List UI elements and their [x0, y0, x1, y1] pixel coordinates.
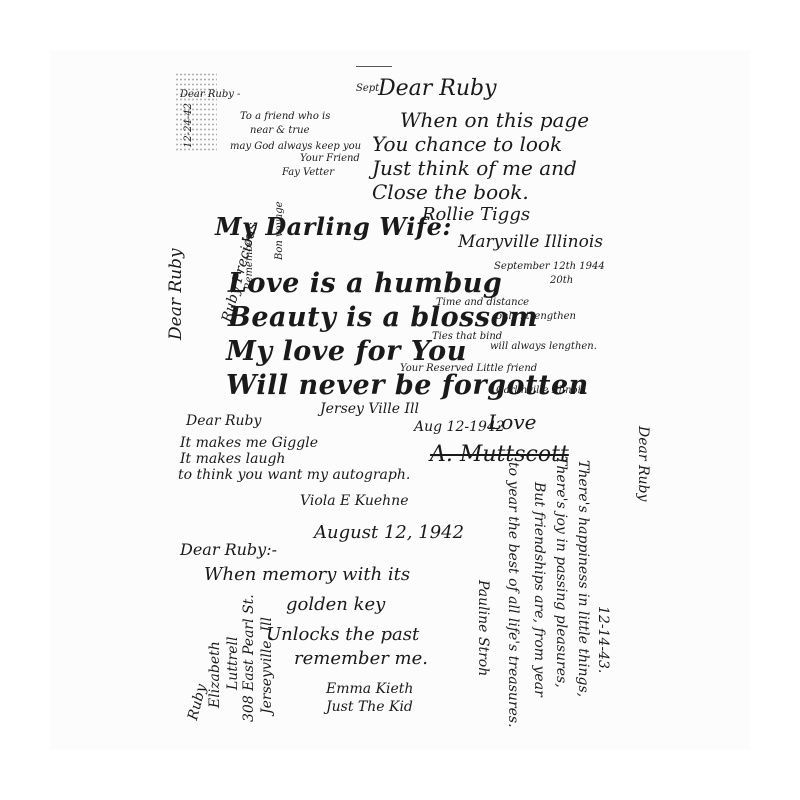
vertical-right-line: There's happiness in little things, [576, 460, 590, 697]
wife-line: My love for You [226, 338, 467, 365]
topleft-signature: Fay Vetter [282, 168, 334, 178]
address-line: Ruby [186, 683, 209, 722]
giggle-greeting: Dear Ruby [186, 414, 261, 428]
vertical-left-greeting: Dear Ruby [168, 248, 185, 340]
wife-greeting: My Darling Wife: [215, 215, 452, 239]
poem1-greeting: Dear Ruby [378, 78, 497, 100]
memory-line: When memory with its [204, 566, 410, 584]
topleft-greeting: Dear Ruby - [180, 90, 240, 100]
giggle-line: It makes me Giggle [180, 436, 318, 450]
memory-line: golden key [286, 596, 385, 614]
jersey-signature: A. Muttscott [430, 444, 569, 466]
maryville-date: September 12th 1944 [494, 262, 605, 272]
vertical-right-date: 12-14-43. [596, 606, 610, 673]
memory-greeting: Dear Ruby:- [180, 542, 277, 558]
maryville-place: Maryville Illinois [458, 234, 603, 251]
wife-signature: Rollie Tiggs [422, 206, 530, 224]
topleft-line: may God always keep you [230, 142, 361, 152]
jersey-signoff: Love [488, 412, 536, 432]
maryville-signature-line: Carlinville Illinois [496, 386, 586, 396]
vertical-right-line: to year the best of all life's treasures… [506, 462, 520, 728]
address-line: Elizabeth [208, 641, 222, 708]
giggle-line: It makes laugh [180, 452, 285, 466]
vertical-right-line: There's joy in passing pleasures, [554, 456, 568, 688]
memory-line: remember me. [294, 650, 428, 668]
giggle-signature: Viola E Kuehne [300, 494, 409, 508]
topleft-date: 12-24-42 [184, 103, 194, 148]
maryville-signoff: Your Reserved Little friend [400, 364, 537, 374]
wife-line: Beauty is a blossom [228, 304, 538, 331]
maryville-line: will always lengthen. [490, 342, 597, 352]
maryville-line: only strengthen [496, 312, 576, 322]
address-line: 308 East Pearl St. [242, 594, 256, 722]
address-line: Luttrell [226, 637, 240, 691]
autograph-page: Sept Dear Ruby When on this page You cha… [50, 50, 750, 750]
giggle-line: to think you want my autograph. [178, 468, 410, 482]
poem1-line: You chance to look [372, 134, 562, 154]
memory-signature: Emma Kieth [326, 682, 413, 696]
topleft-signoff: Your Friend [300, 154, 360, 164]
topleft-line: To a friend who is [240, 112, 330, 122]
vertical-right-signature: Pauline Stroh [476, 580, 490, 676]
maryville-date-sub: 20th [550, 276, 573, 286]
poem1-line: Just think of me and [372, 158, 577, 178]
poem1-line: When on this page [400, 110, 589, 130]
memory-signature-sub: Just The Kid [326, 700, 413, 714]
vertical-right-line: But friendships are, from year [532, 482, 546, 697]
poem1-line: Close the book. [372, 182, 529, 202]
poem1-greeting-prefix: Sept [356, 84, 379, 94]
memory-date: August 12, 1942 [314, 524, 464, 542]
vertical-right-greeting: Dear Ruby [636, 426, 650, 501]
top-rule [356, 66, 392, 67]
jersey-place: Jersey Ville Ill [320, 402, 419, 416]
speckle-noise [175, 72, 217, 152]
memory-line: Unlocks the past [266, 626, 419, 644]
wife-line: Love is a humbug [228, 270, 502, 297]
address-line: Jerseyville, Ill [260, 617, 274, 714]
maryville-line: Time and distance [436, 298, 529, 308]
topleft-line: near & true [250, 126, 310, 136]
